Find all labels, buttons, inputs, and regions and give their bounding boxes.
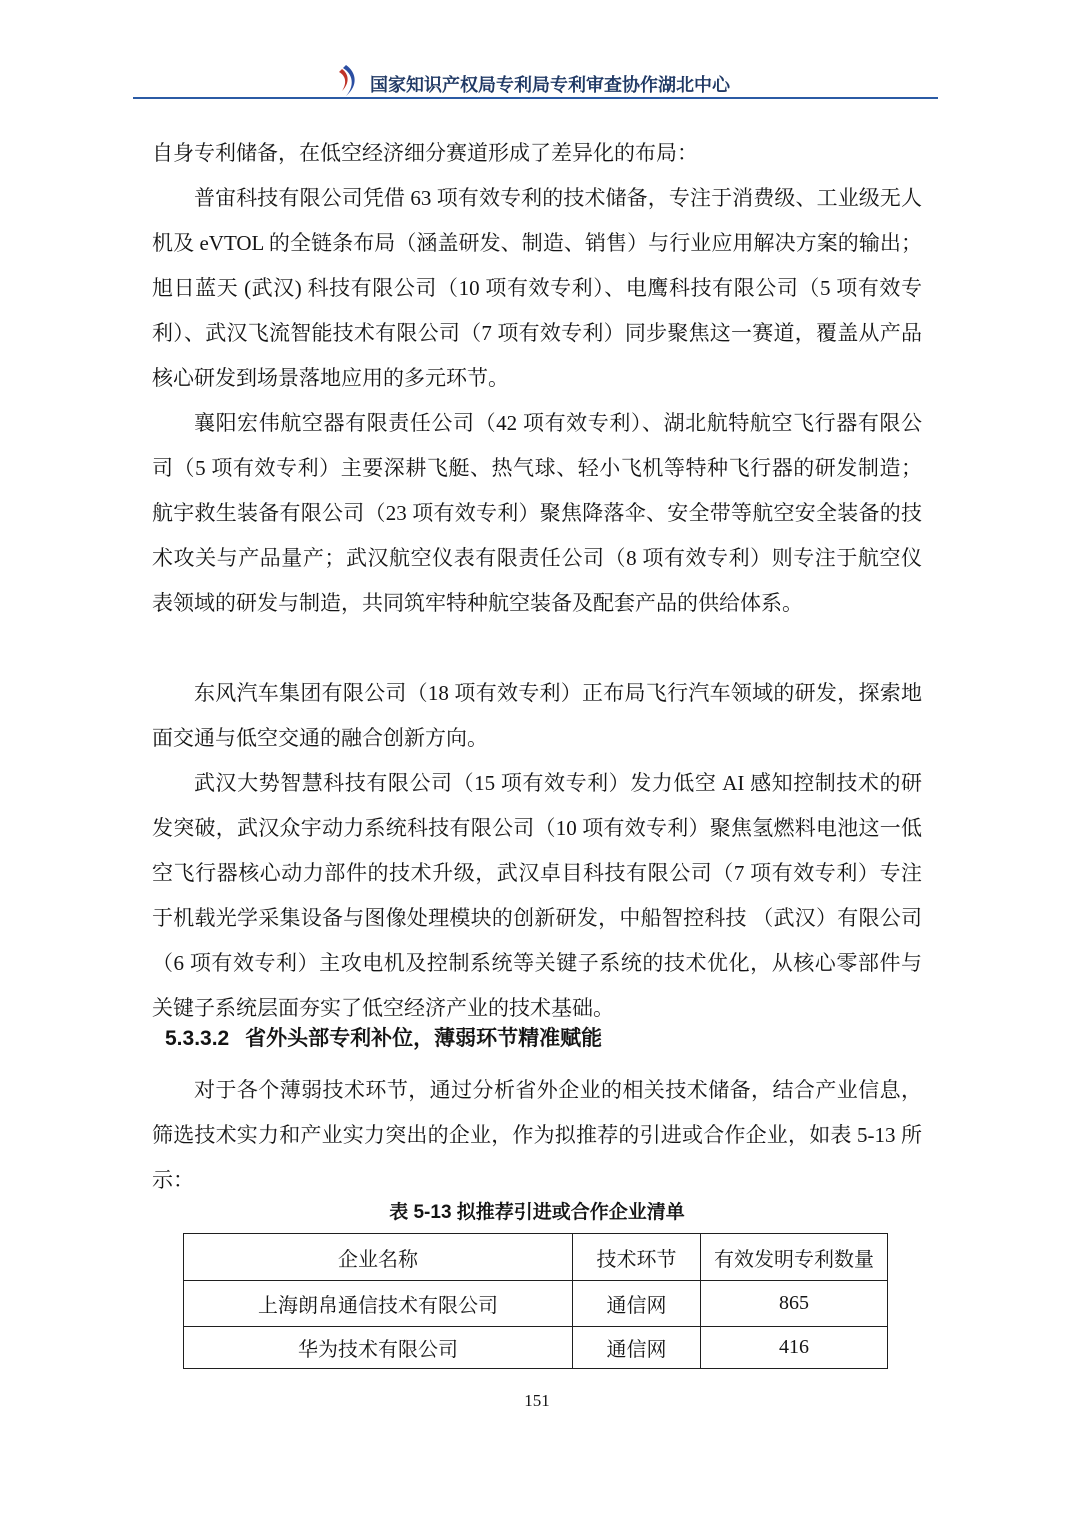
segment-cell: 通信网: [573, 1327, 701, 1369]
patent-count-cell: 865: [701, 1281, 888, 1327]
header-title: 国家知识产权局专利局专利审查协作湖北中心: [370, 71, 730, 97]
company-name-cell: 华为技术有限公司: [184, 1327, 573, 1369]
center-logo-swoosh-icon: [337, 64, 361, 97]
segment-cell: 通信网: [573, 1281, 701, 1327]
company-name-cell: 上海朗帛通信技术有限公司: [184, 1281, 573, 1327]
table-header-row: 企业名称 技术环节 有效发明专利数量: [184, 1234, 888, 1281]
table-row: 华为技术有限公司 通信网 416: [184, 1327, 888, 1369]
table-row: 上海朗帛通信技术有限公司 通信网 865: [184, 1281, 888, 1327]
body-paragraph: 武汉大势智慧科技有限公司（15 项有效专利）发力低空 AI 感知控制技术的研发突…: [152, 761, 922, 1031]
body-paragraph: 普宙科技有限公司凭借 63 项有效专利的技术储备，专注于消费级、工业级无人机及 …: [152, 176, 922, 401]
table-caption: 表 5-13 拟推荐引进或合作企业清单: [152, 1200, 922, 1226]
page-number: 151: [0, 1391, 1074, 1411]
body-paragraph: 襄阳宏伟航空器有限责任公司（42 项有效专利）、湖北航特航空飞行器有限公司（5 …: [152, 401, 922, 626]
document-page: 国家知识产权局专利局专利审查协作湖北中心 自身专利储备，在低空经济细分赛道形成了…: [0, 0, 1074, 1520]
section-title: 省外头部专利补位，薄弱环节精准赋能: [245, 1027, 602, 1050]
section-heading: 5.3.3.2 省外头部专利补位，薄弱环节精准赋能: [152, 1016, 935, 1061]
patent-count-cell: 416: [701, 1327, 888, 1369]
section-number: 5.3.3.2: [165, 1027, 229, 1050]
body-paragraph: 自身专利储备，在低空经济细分赛道形成了差异化的布局：: [152, 131, 922, 176]
column-header-company: 企业名称: [184, 1234, 573, 1281]
column-header-patent-count: 有效发明专利数量: [701, 1234, 888, 1281]
body-paragraph: 东风汽车集团有限公司（18 项有效专利）正布局飞行汽车领域的研发，探索地面交通与…: [152, 671, 922, 761]
header-rule: [133, 97, 938, 99]
body-paragraph: 对于各个薄弱技术环节，通过分析省外企业的相关技术储备，结合产业信息，筛选技术实力…: [152, 1068, 922, 1203]
column-header-segment: 技术环节: [573, 1234, 701, 1281]
recommended-companies-table: 企业名称 技术环节 有效发明专利数量 上海朗帛通信技术有限公司 通信网 865 …: [183, 1233, 888, 1369]
